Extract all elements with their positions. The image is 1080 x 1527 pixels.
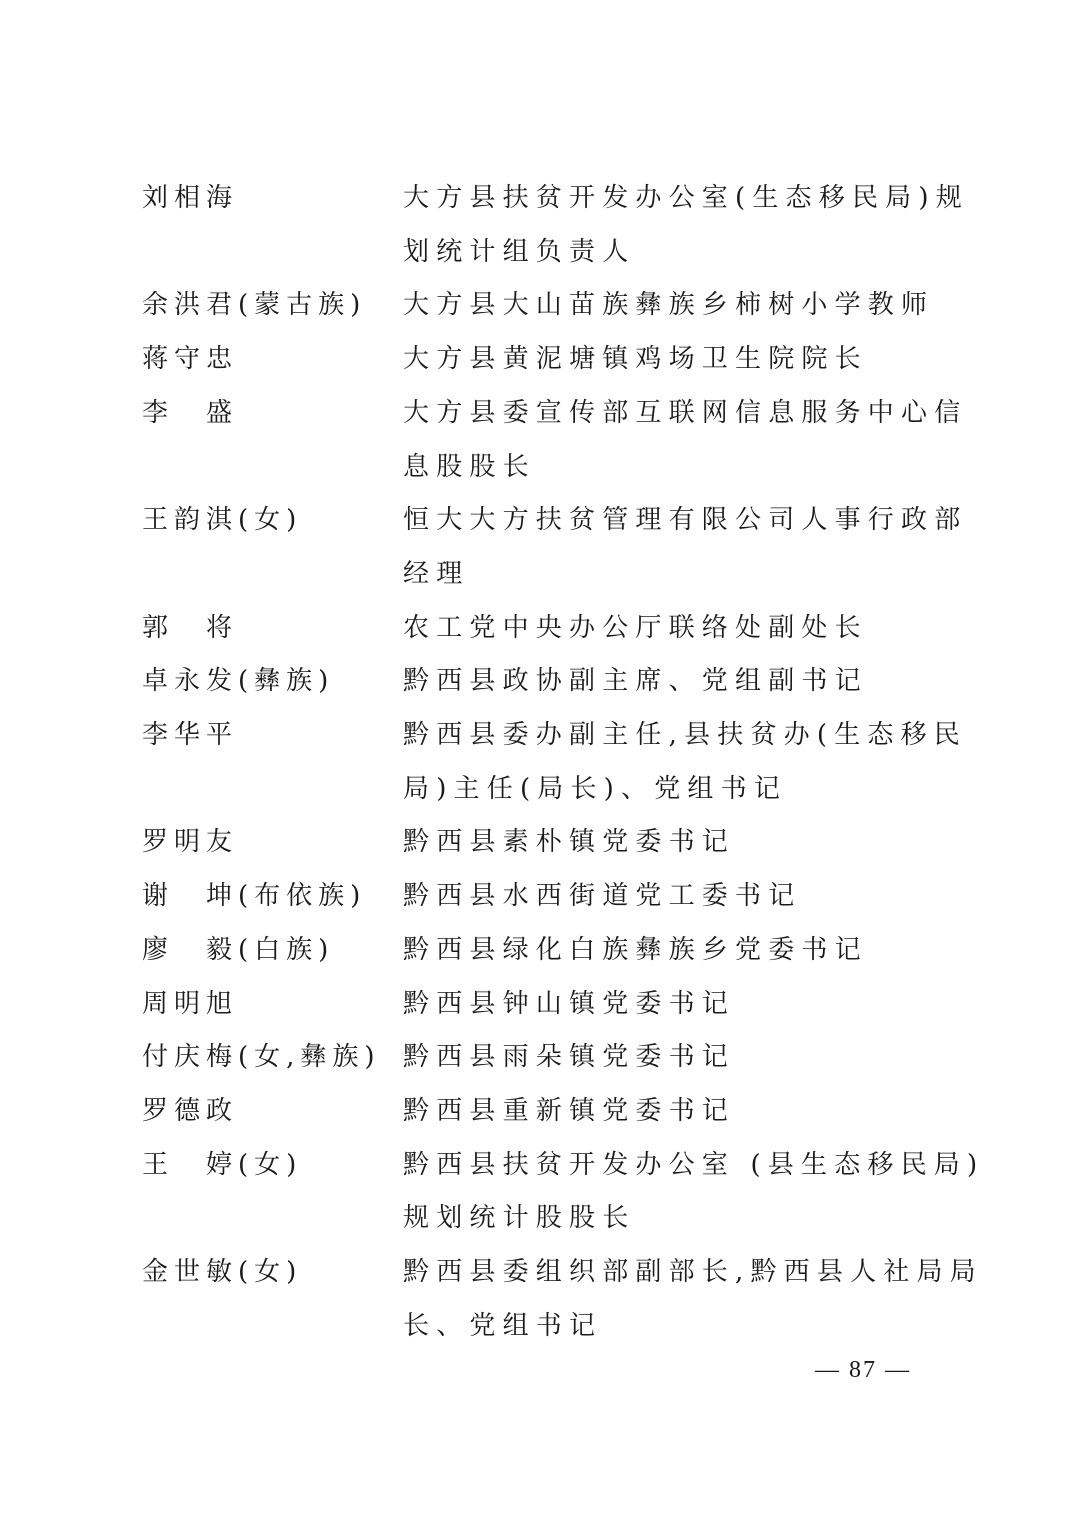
roster-entry: 李华平 黔西县委办副主任,县扶贫办(生态移民 局)主任(局长)、党组书记 (142, 709, 942, 816)
title-line: 黔西县绿化白族彝族乡党委书记 (403, 924, 942, 978)
roster-entry: 谢 坤(布依族) 黔西县水西街道党工委书记 (142, 870, 942, 924)
title-line: 长、党组书记 (403, 1300, 943, 1354)
title-line: 黔西县委办副主任,县扶贫办(生态移民 (403, 709, 943, 763)
roster-entry: 金世敏(女) 黔西县委组织部副部长,黔西县人社局局 长、党组书记 (142, 1246, 942, 1353)
person-name: 金世敏(女) (142, 1246, 403, 1353)
person-title: 大方县委宣传部互联网信息服务中心信 息股股长 (403, 387, 943, 494)
person-title: 黔西县政协副主席、党组副书记 (403, 655, 942, 709)
roster-entry: 王 婷(女) 黔西县扶贫开发办公室 (县生态移民局) 规划统计股股长 (142, 1139, 942, 1246)
roster-entry: 卓永发(彝族) 黔西县政协副主席、党组副书记 (142, 655, 942, 709)
title-line: 农工党中央办公厅联络处副处长 (403, 602, 942, 656)
title-line: 局)主任(局长)、党组书记 (403, 763, 943, 817)
person-name: 刘相海 (142, 172, 403, 279)
roster-list: 刘相海 大方县扶贫开发办公室(生态移民局)规 划统计组负责人 余洪君(蒙古族) … (142, 172, 942, 1353)
title-line: 经理 (403, 548, 943, 602)
page-number: — 87 — (815, 1357, 911, 1384)
person-name: 廖 毅(白族) (142, 924, 403, 978)
person-title: 农工党中央办公厅联络处副处长 (403, 602, 942, 656)
person-title: 黔西县重新镇党委书记 (403, 1085, 942, 1139)
person-title: 恒大大方扶贫管理有限公司人事行政部 经理 (403, 494, 943, 601)
roster-entry: 李 盛 大方县委宣传部互联网信息服务中心信 息股股长 (142, 387, 942, 494)
person-title: 黔西县素朴镇党委书记 (403, 816, 942, 870)
roster-entry: 廖 毅(白族) 黔西县绿化白族彝族乡党委书记 (142, 924, 942, 978)
title-line: 恒大大方扶贫管理有限公司人事行政部 (403, 494, 943, 548)
person-title: 黔西县委办副主任,县扶贫办(生态移民 局)主任(局长)、党组书记 (403, 709, 943, 816)
roster-entry: 郭 将 农工党中央办公厅联络处副处长 (142, 602, 942, 656)
title-line: 黔西县素朴镇党委书记 (403, 816, 942, 870)
title-line: 息股股长 (403, 441, 943, 495)
title-line: 大方县黄泥塘镇鸡场卫生院院长 (403, 333, 942, 387)
person-name: 周明旭 (142, 978, 403, 1032)
person-title: 黔西县扶贫开发办公室 (县生态移民局) 规划统计股股长 (403, 1139, 943, 1246)
roster-entry: 刘相海 大方县扶贫开发办公室(生态移民局)规 划统计组负责人 (142, 172, 942, 279)
roster-entry: 周明旭 黔西县钟山镇党委书记 (142, 978, 942, 1032)
roster-entry: 罗明友 黔西县素朴镇党委书记 (142, 816, 942, 870)
person-title: 黔西县绿化白族彝族乡党委书记 (403, 924, 942, 978)
title-line: 大方县扶贫开发办公室(生态移民局)规 (403, 172, 943, 226)
title-line: 黔西县重新镇党委书记 (403, 1085, 942, 1139)
title-line: 大方县委宣传部互联网信息服务中心信 (403, 387, 943, 441)
person-name: 王韵淇(女) (142, 494, 403, 601)
person-name: 付庆梅(女,彝族) (142, 1031, 403, 1085)
title-line: 黔西县扶贫开发办公室 (县生态移民局) (403, 1139, 943, 1193)
person-name: 王 婷(女) (142, 1139, 403, 1246)
roster-entry: 付庆梅(女,彝族) 黔西县雨朵镇党委书记 (142, 1031, 942, 1085)
person-name: 罗明友 (142, 816, 403, 870)
person-name: 李华平 (142, 709, 403, 816)
title-line: 黔西县委组织部副部长,黔西县人社局局 (403, 1246, 943, 1300)
title-line: 黔西县水西街道党工委书记 (403, 870, 942, 924)
roster-entry: 蒋守忠 大方县黄泥塘镇鸡场卫生院院长 (142, 333, 942, 387)
person-title: 黔西县钟山镇党委书记 (403, 978, 942, 1032)
person-name: 卓永发(彝族) (142, 655, 403, 709)
title-line: 黔西县雨朵镇党委书记 (403, 1031, 942, 1085)
title-line: 黔西县钟山镇党委书记 (403, 978, 942, 1032)
roster-entry: 罗德政 黔西县重新镇党委书记 (142, 1085, 942, 1139)
person-name: 余洪君(蒙古族) (142, 279, 403, 333)
person-title: 黔西县水西街道党工委书记 (403, 870, 942, 924)
person-title: 大方县黄泥塘镇鸡场卫生院院长 (403, 333, 942, 387)
roster-entry: 余洪君(蒙古族) 大方县大山苗族彝族乡柿树小学教师 (142, 279, 942, 333)
person-name: 罗德政 (142, 1085, 403, 1139)
roster-entry: 王韵淇(女) 恒大大方扶贫管理有限公司人事行政部 经理 (142, 494, 942, 601)
title-line: 规划统计股股长 (403, 1192, 943, 1246)
title-line: 大方县大山苗族彝族乡柿树小学教师 (403, 279, 942, 333)
person-name: 郭 将 (142, 602, 403, 656)
person-name: 蒋守忠 (142, 333, 403, 387)
person-name: 李 盛 (142, 387, 403, 494)
title-line: 黔西县政协副主席、党组副书记 (403, 655, 942, 709)
person-name: 谢 坤(布依族) (142, 870, 403, 924)
person-title: 大方县大山苗族彝族乡柿树小学教师 (403, 279, 942, 333)
person-title: 大方县扶贫开发办公室(生态移民局)规 划统计组负责人 (403, 172, 943, 279)
title-line: 划统计组负责人 (403, 226, 943, 280)
person-title: 黔西县雨朵镇党委书记 (403, 1031, 942, 1085)
person-title: 黔西县委组织部副部长,黔西县人社局局 长、党组书记 (403, 1246, 943, 1353)
